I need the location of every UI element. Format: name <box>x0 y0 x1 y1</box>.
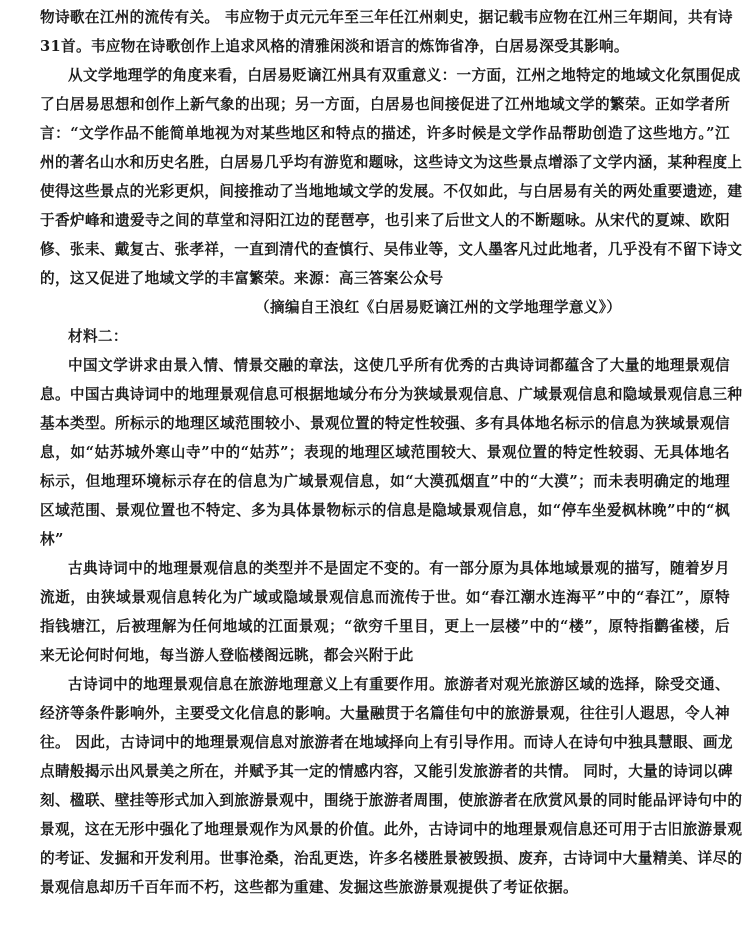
text-line: 州的著名山水和历史名胜，白居易几乎均有游览和题咏，这些诗文为这些景点增添了文学内… <box>40 153 730 173</box>
text-line: 于香炉峰和遗爱寺之间的草堂和浔阳江边的琵琶亭，也引来了后世文人的不断题咏。从宋代… <box>40 211 730 231</box>
text-line: 标示，但地理环境标示存在的信息为广域景观信息，如“大漠孤烟直”中的“大漠”；而未… <box>40 472 730 492</box>
text-line: 古典诗词中的地理景观信息的类型并不是固定不变的。有一部分原为具体地域景观的描写，… <box>68 559 730 579</box>
text-line: 刻、楹联、壁挂等形式加入到旅游景观中，围绕于旅游者周围，使旅游者在欣赏风景的同时… <box>40 791 730 811</box>
text-line: 古诗词中的地理景观信息在旅游地理意义上有重要作用。旅游者对观光旅游区域的选择，除… <box>68 675 730 695</box>
text-line: 言：“文学作品不能简单地视为对某些地区和特点的描述，许多时候是文学作品帮助创造了… <box>40 124 730 144</box>
text-line: 区域范围、景观位置也不特定、多为具体景物标示的信息是隐域景观信息，如“停车坐爱枫… <box>40 501 730 521</box>
text-line: 修、张耒、戴复古、张孝祥，一直到清代的查慎行、吴伟业等，文人墨客凡过此地者，几乎… <box>40 240 730 260</box>
text-line: 使得这些景点的光彩更炽，间接推动了当地地域文学的发展。不仅如此，与白居易有关的两… <box>40 182 730 202</box>
text-line: 流逝，由狭域景观信息转化为广域或隐域景观信息而流传于世。如“春江潮水连海平”中的… <box>40 588 730 608</box>
text-line: 来无论何时何地，每当游人登临楼阁远眺，都会兴附于此 <box>40 646 730 666</box>
text-line: 了白居易思想和创作上新气象的出现；另一方面，白居易也间接促进了江州地域文学的繁荣… <box>40 95 730 115</box>
text-line: 林” <box>40 530 730 550</box>
text-line: 从文学地理学的角度来看，白居易贬谪江州具有双重意义：一方面，江州之地特定的地域文… <box>68 66 730 86</box>
text-line: 景观，这在无形中强化了地理景观作为风景的价值。此外，古诗词中的地理景观信息还可用… <box>40 820 730 840</box>
text-line: 经济等条件影响外，主要受文化信息的影响。大量融贯于名篇佳句中的旅游景观，往往引人… <box>40 704 730 724</box>
citation-material-one: （摘编自王浪红《白居易贬谪江州的文学地理学意义》） <box>255 298 735 318</box>
text-line: 31首。韦应物在诗歌创作上追求风格的清雅闲淡和语言的炼饰省净，白居易深受其影响。 <box>40 37 730 57</box>
material-two-label: 材料二： <box>68 327 268 347</box>
text-line: 息。中国古典诗词中的地理景观信息可根据地域分布分为狭域景观信息、广域景观信息和隐… <box>40 385 730 405</box>
text-line: 息，如“姑苏城外寒山寺”中的“姑苏”；表现的地理区域范围较大、景观位置的特定性较… <box>40 443 730 463</box>
text-line: 往。 因此，古诗词中的地理景观信息对旅游者在地域择向上有引导作用。而诗人在诗句中… <box>40 733 730 753</box>
text-line: 点睛般揭示出风景美之所在，并赋予其一定的情感内容，又能引发旅游者的共情。 同时，… <box>40 762 730 782</box>
text-line: 物诗歌在江州的流传有关。 韦应物于贞元元年至三年任江州刺史，据记载韦应物在江州三… <box>40 8 730 28</box>
text-line: 基本类型。所标示的地理区域范围较小、景观位置的特定性较强、多有具体地名标示的信息… <box>40 414 730 434</box>
text-line: 景观信息却历千百年而不朽，这些都为重建、发掘这些旅游景观提供了考证依据。 <box>40 878 730 898</box>
text-line: 中国文学讲求由景入情、情景交融的章法，这使几乎所有优秀的古典诗词都蕴含了大量的地… <box>68 356 730 376</box>
exam-page: 物诗歌在江州的流传有关。 韦应物于贞元元年至三年任江州刺史，据记载韦应物在江州三… <box>0 0 754 948</box>
text-line: 的考证、发掘和开发利用。世事沧桑，治乱更迭，许多名楼胜景被毁损、废弃，古诗词中大… <box>40 849 730 869</box>
text-line: 的，这又促进了地域文学的丰富繁荣。来源：高三答案公众号 <box>40 269 730 289</box>
text-line: 指钱塘江，后被理解为任何地域的江面景观；“欲穷千里目，更上一层楼”中的“楼”，原… <box>40 617 730 637</box>
